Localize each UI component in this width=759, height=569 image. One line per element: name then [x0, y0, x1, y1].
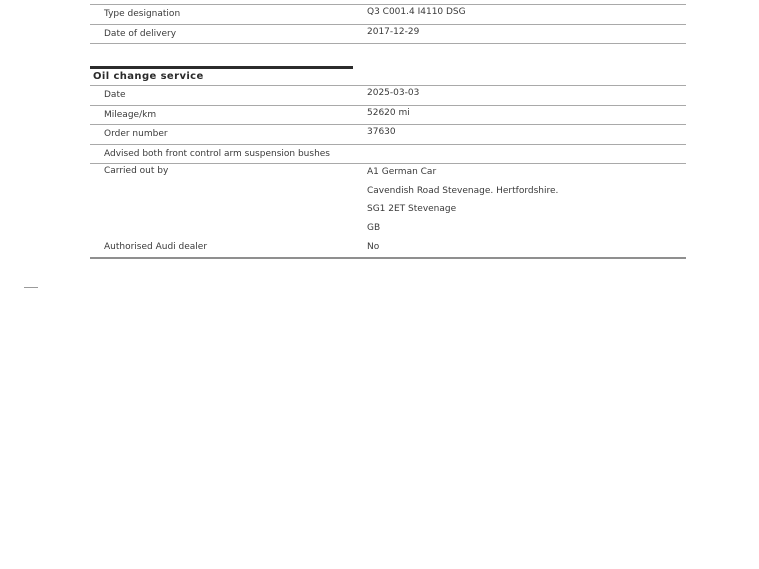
dealer-value: No — [367, 239, 686, 258]
mileage-label: Mileage/km — [104, 106, 156, 124]
type-designation-value: Q3 C001.4 I4110 DSG — [367, 3, 466, 21]
carried-out-block: Carried out by Authorised Audi dealer A1… — [90, 164, 686, 259]
workshop-country: GB — [367, 220, 686, 239]
workshop-postcode: SG1 2ET Stevenage — [367, 201, 686, 220]
carried-out-label: Carried out by — [104, 166, 168, 176]
order-number-label: Order number — [104, 125, 168, 143]
advisory-row: Advised both front control arm suspensio… — [90, 145, 686, 165]
scan-mark — [24, 287, 38, 288]
workshop-address: A1 German Car Cavendish Road Stevenage. … — [367, 164, 686, 257]
workshop-street: Cavendish Road Stevenage. Hertfordshire. — [367, 183, 686, 202]
service-date-value: 2025-03-03 — [367, 84, 419, 102]
order-number-value: 37630 — [367, 123, 396, 141]
order-number-row: Order number 37630 — [90, 125, 686, 145]
mileage-value: 52620 mi — [367, 104, 410, 122]
delivery-date-label: Date of delivery — [104, 25, 176, 43]
delivery-date-row: Date of delivery 2017-12-29 — [90, 25, 686, 45]
workshop-name: A1 German Car — [367, 164, 686, 183]
service-record-document: Vehicle identification number Type desig… — [90, 0, 686, 259]
delivery-date-value: 2017-12-29 — [367, 23, 419, 41]
dealer-label: Authorised Audi dealer — [104, 242, 207, 252]
service-date-label: Date — [104, 86, 126, 104]
advisory-text: Advised both front control arm suspensio… — [104, 145, 330, 163]
type-designation-label: Type designation — [104, 5, 180, 23]
